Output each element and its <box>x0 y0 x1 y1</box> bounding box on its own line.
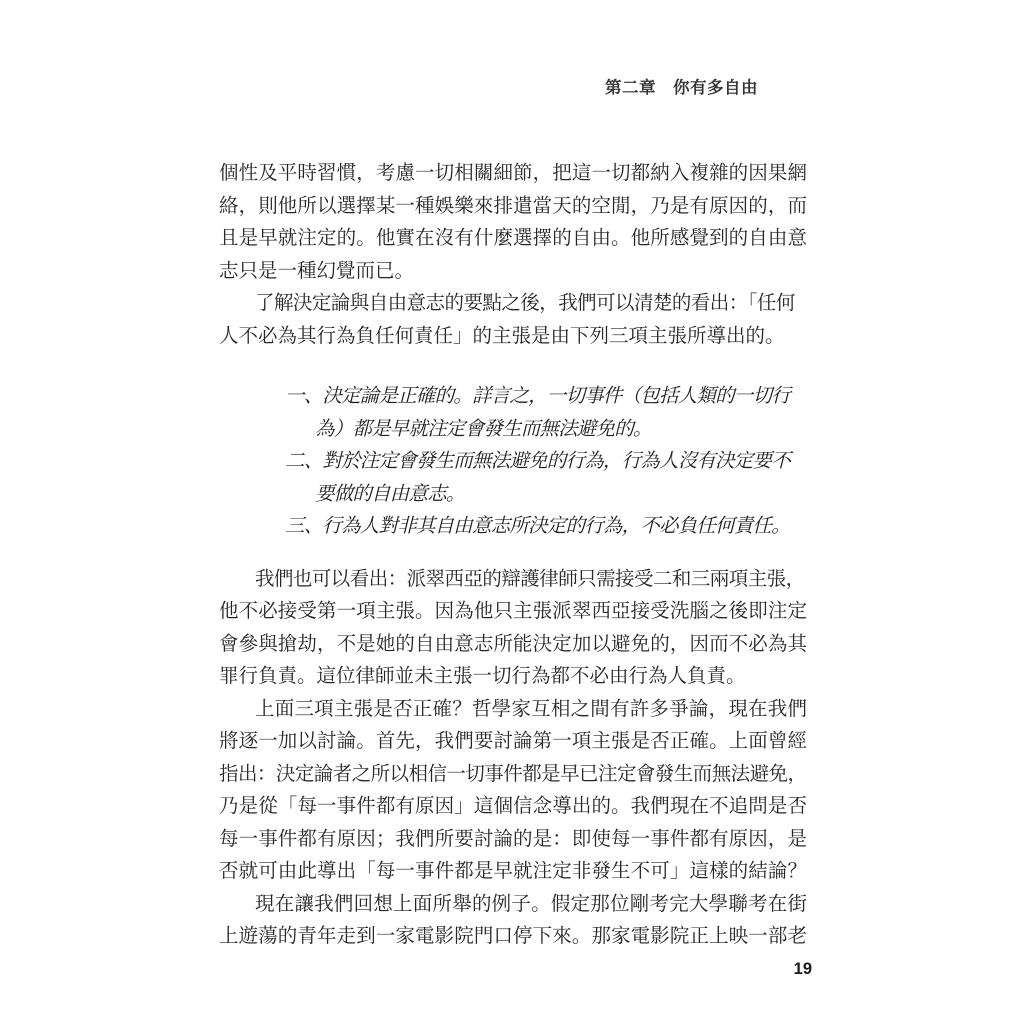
text-line: 每一事件都有原因；我們所要討論的是：即使每一事件都有原因，是 <box>219 824 807 857</box>
text-line: 我們也可以看出：派翠西亞的辯護律師只需接受二和三兩項主張， <box>219 564 807 597</box>
text-line: 個性及平時習慣，考慮一切相關細節，把這一切都納入複雜的因果網 <box>219 158 807 191</box>
list-item-line: 三、行為人對非其自由意志所決定的行為，不必負任何責任。 <box>285 511 807 544</box>
list-item-line: 要做的自由意志。 <box>315 479 807 512</box>
text-line: 現在讓我們回想上面所舉的例子。假定那位剛考完大學聯考在街 <box>219 889 807 922</box>
text-line: 他不必接受第一項主張。因為他只主張派翠西亞接受洗腦之後即注定 <box>219 596 807 629</box>
list-item-line: 一、決定論是正確的。詳言之，一切事件（包括人類的一切行 <box>285 381 807 414</box>
list-item-line: 為）都是早就注定會發生而無法避免的。 <box>315 414 807 447</box>
text-line: 將逐一加以討論。首先，我們要討論第一項主張是否正確。上面曾經 <box>219 726 807 759</box>
chapter-running-header: 第二章 你有多自由 <box>605 74 758 98</box>
vertical-gap <box>219 353 807 381</box>
paragraph-4: 上面三項主張是否正確？哲學家互相之間有許多爭論，現在我們 將逐一加以討論。首先，… <box>219 694 807 889</box>
text-line: 乃是從「每一事件都有原因」這個信念導出的。我們現在不追問是否 <box>219 791 807 824</box>
text-line: 會參與搶劫，不是她的自由意志所能決定加以避免的，因而不必為其 <box>219 629 807 662</box>
text-line: 且是早就注定的。他實在沒有什麼選擇的自由。他所感覺到的自由意 <box>219 223 807 256</box>
text-line: 指出：決定論者之所以相信一切事件都是早已注定會發生而無法避免， <box>219 759 807 792</box>
premise-list: 一、決定論是正確的。詳言之，一切事件（包括人類的一切行 為）都是早就注定會發生而… <box>219 381 807 544</box>
paragraph-5: 現在讓我們回想上面所舉的例子。假定那位剛考完大學聯考在街 上遊蕩的青年走到一家電… <box>219 889 807 954</box>
body-text-block: 個性及平時習慣，考慮一切相關細節，把這一切都納入複雜的因果網 絡，則他所以選擇某… <box>219 158 807 954</box>
text-line: 上遊蕩的青年走到一家電影院門口停下來。那家電影院正上映一部老 <box>219 921 807 954</box>
paragraph-3: 我們也可以看出：派翠西亞的辯護律師只需接受二和三兩項主張， 他不必接受第一項主張… <box>219 564 807 694</box>
text-line: 絡，則他所以選擇某一種娛樂來排遣當天的空閒，乃是有原因的，而 <box>219 191 807 224</box>
text-line: 上面三項主張是否正確？哲學家互相之間有許多爭論，現在我們 <box>219 694 807 727</box>
text-line: 人不必為其行為負任何責任」的主張是由下列三項主張所導出的。 <box>219 321 807 354</box>
list-item-line: 二、對於注定會發生而無法避免的行為，行為人沒有決定要不 <box>285 446 807 479</box>
vertical-gap <box>219 544 807 564</box>
text-line: 否就可由此導出「每一事件都是早就注定非發生不可」這樣的結論？ <box>219 856 807 889</box>
text-line: 了解決定論與自由意志的要點之後，我們可以清楚的看出：「任何 <box>219 288 807 321</box>
text-line: 罪行負責。這位律師並未主張一切行為都不必由行為人負責。 <box>219 661 807 694</box>
page-number: 19 <box>794 960 812 979</box>
paragraph-1: 個性及平時習慣，考慮一切相關細節，把這一切都納入複雜的因果網 絡，則他所以選擇某… <box>219 158 807 288</box>
paragraph-2: 了解決定論與自由意志的要點之後，我們可以清楚的看出：「任何 人不必為其行為負任何… <box>219 288 807 353</box>
book-page: 第二章 你有多自由 個性及平時習慣，考慮一切相關細節，把這一切都納入複雜的因果網… <box>0 0 1024 1024</box>
text-line: 志只是一種幻覺而已。 <box>219 256 807 289</box>
